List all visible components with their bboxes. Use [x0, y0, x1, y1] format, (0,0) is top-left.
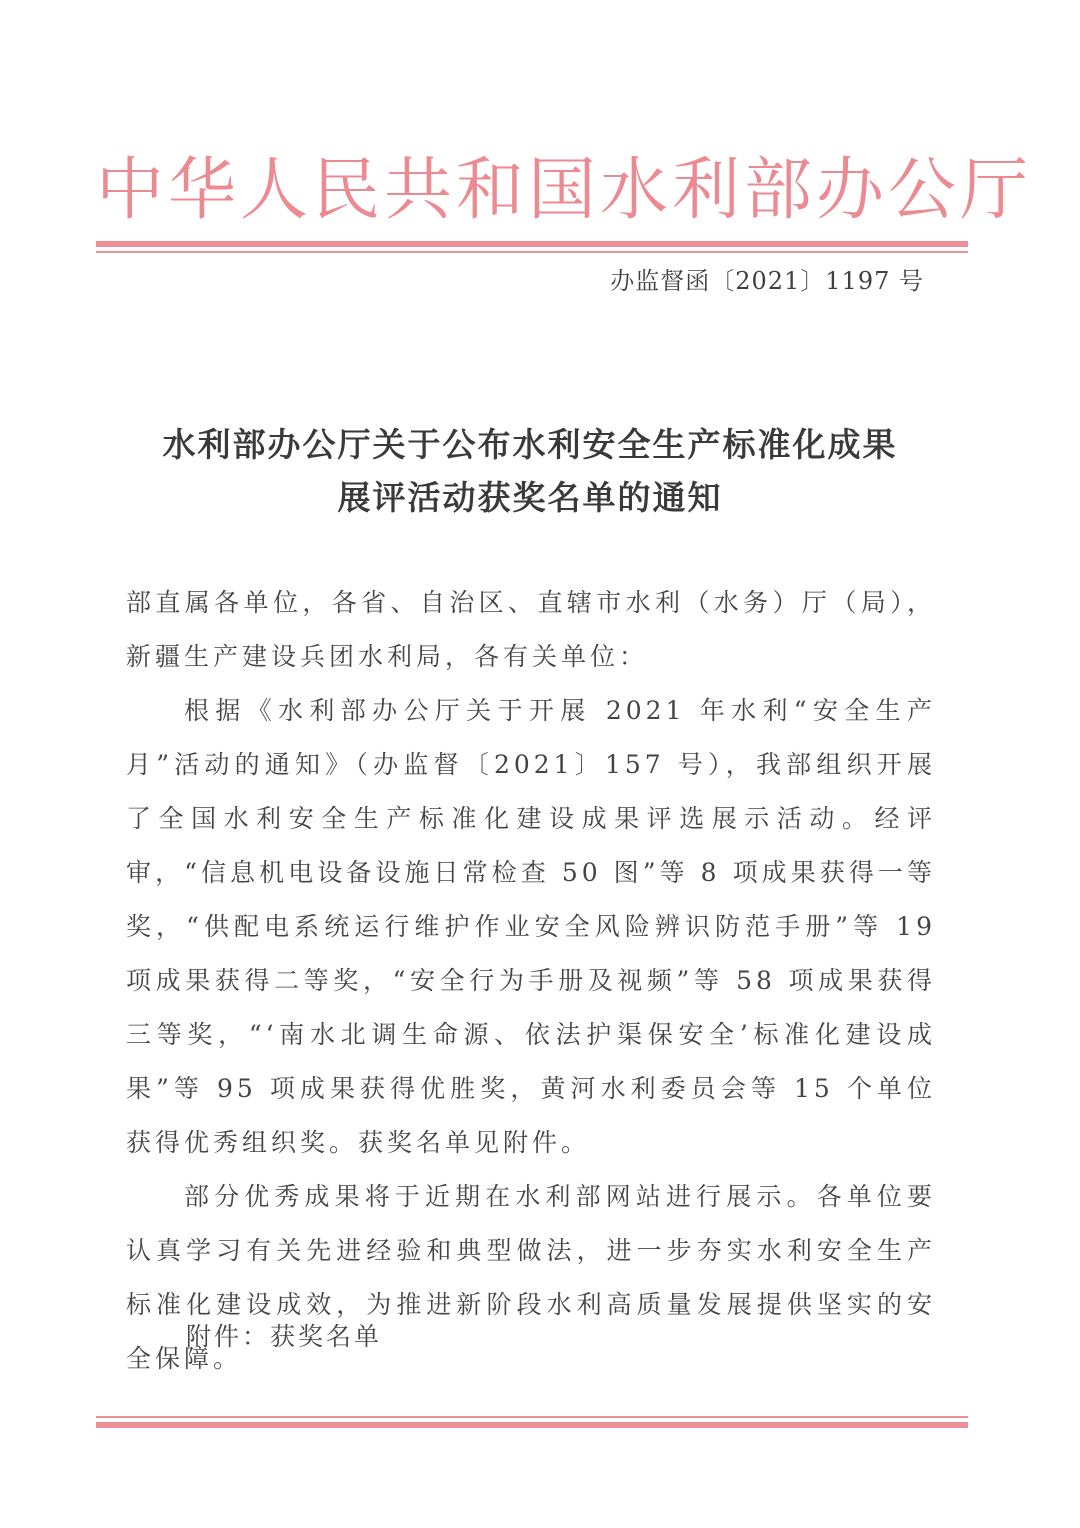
document-number: 办监督函〔2021〕1197 号 [610, 264, 924, 298]
addressees: 部直属各单位，各省、自治区、直辖市水利（水务）厅（局），新疆生产建设兵团水利局，… [126, 576, 936, 684]
notice-title: 水利部办公厅关于公布水利安全生产标准化成果 展评活动获奖名单的通知 [100, 418, 960, 524]
notice-body: 部直属各单位，各省、自治区、直辖市水利（水务）厅（局），新疆生产建设兵团水利局，… [126, 576, 936, 1386]
body-paragraph-1: 根据《水利部办公厅关于开展 2021 年水利“安全生产月”活动的通知》（办监督〔… [126, 684, 936, 1170]
footer-rule-thin [96, 1416, 968, 1418]
header-rule-thin [96, 251, 968, 253]
notice-title-line1: 水利部办公厅关于公布水利安全生产标准化成果 [100, 418, 960, 471]
attachment-label: 附件：获奖名单 [186, 1318, 382, 1356]
header-rule-thick [96, 241, 968, 247]
organization-header: 中华人民共和国水利部办公厅 [96, 148, 966, 234]
notice-title-line2: 展评活动获奖名单的通知 [100, 471, 960, 524]
footer-rule-thick [96, 1422, 968, 1428]
